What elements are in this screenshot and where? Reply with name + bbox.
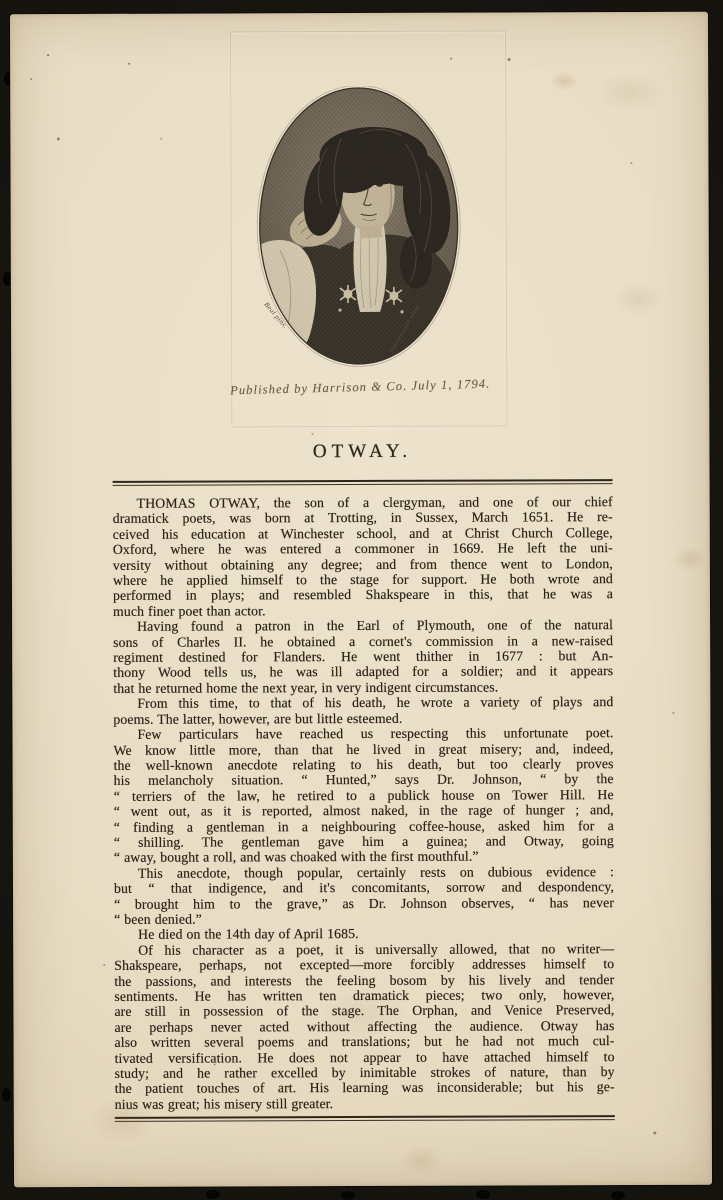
- text-line: the well-known anecdote relating to his …: [114, 756, 614, 773]
- paragraph: Of his character as a poet, it is univer…: [114, 941, 615, 1112]
- paragraph: THOMAS OTWAY, the son of a clergyman, an…: [113, 494, 613, 619]
- text-line: “ went out, as it is reported, almost na…: [114, 802, 614, 819]
- text-line: also written several poems and translati…: [115, 1033, 615, 1050]
- paragraph: He died on the 14th day of April 1685.: [114, 925, 614, 942]
- text-line: THOMAS OTWAY, the son of a clergyman, an…: [113, 494, 613, 511]
- text-line: This anecdote, though popular, certainly…: [114, 864, 614, 881]
- article-body: THOMAS OTWAY, the son of a clergyman, an…: [113, 494, 615, 1112]
- text-line: “ shilling. The gentleman gave him a gui…: [114, 833, 614, 850]
- biography-article: OTWAY. THOMAS OTWAY, the son of a clergy…: [112, 436, 614, 1122]
- text-line: his melancholy situation. “ Hunted,” say…: [114, 771, 614, 788]
- text-line: are perhaps never acted without affectin…: [114, 1018, 614, 1035]
- text-line: performed in plays; and resembled Shaksp…: [113, 587, 613, 604]
- binding-stitch: [476, 1190, 490, 1199]
- binding-stitch: [341, 1191, 355, 1200]
- text-line: where he applied himself to the stage fo…: [113, 571, 613, 588]
- text-line: “ been denied.”: [114, 910, 614, 927]
- text-line: poems. The latter, however, are but litt…: [113, 710, 613, 727]
- text-line: ceived his education at Winchester schoo…: [113, 525, 613, 542]
- top-double-rule: [113, 479, 613, 486]
- text-line: “ finding a gentleman in a neighbouring …: [114, 818, 614, 835]
- ink-specks: [47, 54, 49, 56]
- text-line: but “ that indigence, and it's concomita…: [114, 879, 614, 896]
- text-line: regiment destined for Flanders. He went …: [113, 648, 613, 665]
- text-line: dramatick poets, was born at Trotting, i…: [113, 510, 613, 527]
- text-line: Of his character as a poet, it is univer…: [114, 941, 614, 958]
- binding-stitch: [206, 1190, 220, 1199]
- text-line: “ brought him to the grave,” as Dr. John…: [114, 895, 614, 912]
- text-line: that he returned home the next year, in …: [113, 679, 613, 696]
- text-line: Shakspeare, perhaps, not excepted—more f…: [114, 956, 614, 973]
- text-line: From this time, to that of his death, he…: [113, 694, 613, 711]
- text-line: Few particulars have reached us respecti…: [113, 725, 613, 742]
- text-line: Oxford, where he was entered a commoner …: [113, 540, 613, 557]
- publication-caption: Published by Harrison & Co. July 1, 1794…: [185, 375, 535, 399]
- binding-stitch: [611, 1191, 625, 1200]
- paragraph: From this time, to that of his death, he…: [113, 694, 613, 727]
- text-line: much finer poet than actor.: [113, 602, 613, 619]
- text-line: the patient touches of art. His learning…: [115, 1080, 615, 1097]
- binding-stitch: [2, 1088, 11, 1102]
- text-line: tivated versification. He does not appea…: [115, 1049, 615, 1066]
- text-line: are still in possession of the stage. Th…: [114, 1003, 614, 1020]
- text-line: thony Wood tells us, he was ill adapted …: [113, 664, 613, 681]
- text-line: sons of Charles II. he obtained a cornet…: [113, 633, 613, 650]
- text-line: nius was great; his misery still greater…: [115, 1095, 615, 1112]
- paragraph: Having found a patron in the Earl of Ply…: [113, 617, 613, 696]
- text-line: “ away, bought a roll, and was choaked w…: [114, 848, 614, 865]
- text-line: versity without obtaining any degree; an…: [113, 556, 613, 573]
- text-line: We know little more, than that he lived …: [113, 741, 613, 758]
- paragraph: Few particulars have reached us respecti…: [113, 725, 613, 865]
- scan-frame: Beal pinx. Thornthwaite sculp. Published…: [0, 0, 723, 1200]
- text-line: “ terriers of the law, he retired to a p…: [114, 787, 614, 804]
- text-line: He died on the 14th day of April 1685.: [114, 925, 614, 942]
- otway-portrait-engraving: Beal pinx. Thornthwaite sculp.: [255, 86, 462, 373]
- text-line: study; and he rather excelled by inimita…: [115, 1064, 615, 1081]
- paragraph: This anecdote, though popular, certainly…: [114, 864, 614, 927]
- page-title: OTWAY.: [112, 436, 612, 464]
- text-line: the passions, and interests the feeling …: [114, 972, 614, 989]
- text-line: Having found a patron in the Earl of Ply…: [113, 617, 613, 634]
- bottom-double-rule: [115, 1115, 615, 1122]
- text-line: sentiments. He has written ten dramatick…: [114, 987, 614, 1004]
- page: Beal pinx. Thornthwaite sculp. Published…: [10, 12, 712, 1187]
